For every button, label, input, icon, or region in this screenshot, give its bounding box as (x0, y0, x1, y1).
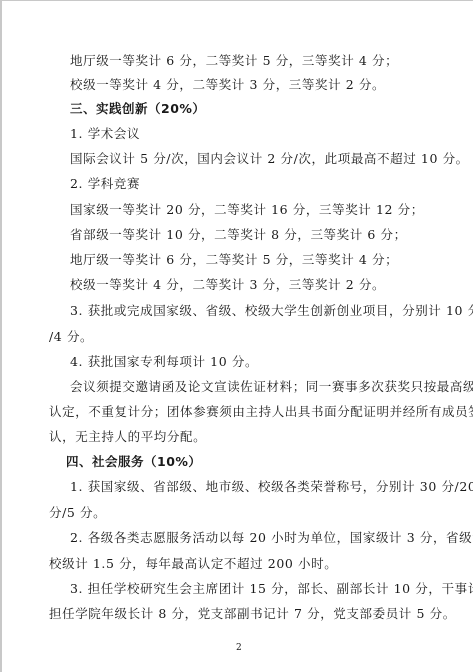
body-line: 1. 获国家级、省部级、地市级、校级各类荣誉称号，分别计 30 分/20 分/1… (70, 479, 473, 495)
body-line: 校级一等奖计 4 分，二等奖计 3 分，三等奖计 2 分。 (70, 77, 385, 93)
body-line: 担任学院年级长计 8 分，党支部副书记计 7 分，党支部委员计 5 分。 (49, 606, 456, 622)
body-line: 3. 担任学校研究生会主席团计 15 分，部长、副部长计 10 分，干事计 5 … (70, 581, 473, 597)
body-line: 会议须提交邀请函及论文宣读佐证材料；同一赛事多次获奖只按最高级别 (70, 379, 473, 395)
body-line: 校级一等奖计 4 分，二等奖计 3 分，三等奖计 2 分。 (70, 277, 385, 293)
section-heading: 三、实践创新（20%） (70, 101, 205, 117)
body-line: 4. 获批国家专利每项计 10 分。 (70, 354, 258, 370)
body-line: 分/5 分。 (49, 505, 106, 521)
body-line: 地厅级一等奖计 6 分，二等奖计 5 分，三等奖计 4 分； (70, 252, 398, 268)
body-line: 3. 获批或完成国家级、省级、校级大学生创新创业项目，分别计 10 分/6 分 (70, 303, 473, 319)
body-line: 校级计 1.5 分，每年最高认定不超过 200 小时。 (49, 556, 337, 572)
subsection-title: 2. 学科竞赛 (70, 176, 140, 192)
body-line: 认定，不重复计分；团体参赛须由主持人出具书面分配证明并经所有成员签字确 (49, 404, 473, 420)
page-number: 2 (236, 643, 242, 653)
body-line: 国际会议计 5 分/次，国内会议计 2 分/次，此项最高不超过 10 分。 (70, 151, 469, 167)
body-line: 国家级一等奖计 20 分，二等奖计 16 分，三等奖计 12 分； (70, 202, 424, 218)
body-line: 2. 各级各类志愿服务活动以每 20 小时为单位，国家级计 3 分，省级计 2 … (70, 530, 473, 546)
section-heading: 四、社会服务（10%） (66, 454, 201, 470)
body-line: /4 分。 (49, 329, 93, 345)
body-line: 省部级一等奖计 10 分，二等奖计 8 分，三等奖计 6 分； (70, 227, 407, 243)
body-line: 地厅级一等奖计 6 分，二等奖计 5 分，三等奖计 4 分； (70, 53, 398, 69)
document-page: 地厅级一等奖计 6 分，二等奖计 5 分，三等奖计 4 分； 校级一等奖计 4 … (0, 0, 473, 672)
subsection-title: 1. 学术会议 (70, 126, 140, 142)
body-line: 认，无主持人的平均分配。 (49, 429, 206, 445)
